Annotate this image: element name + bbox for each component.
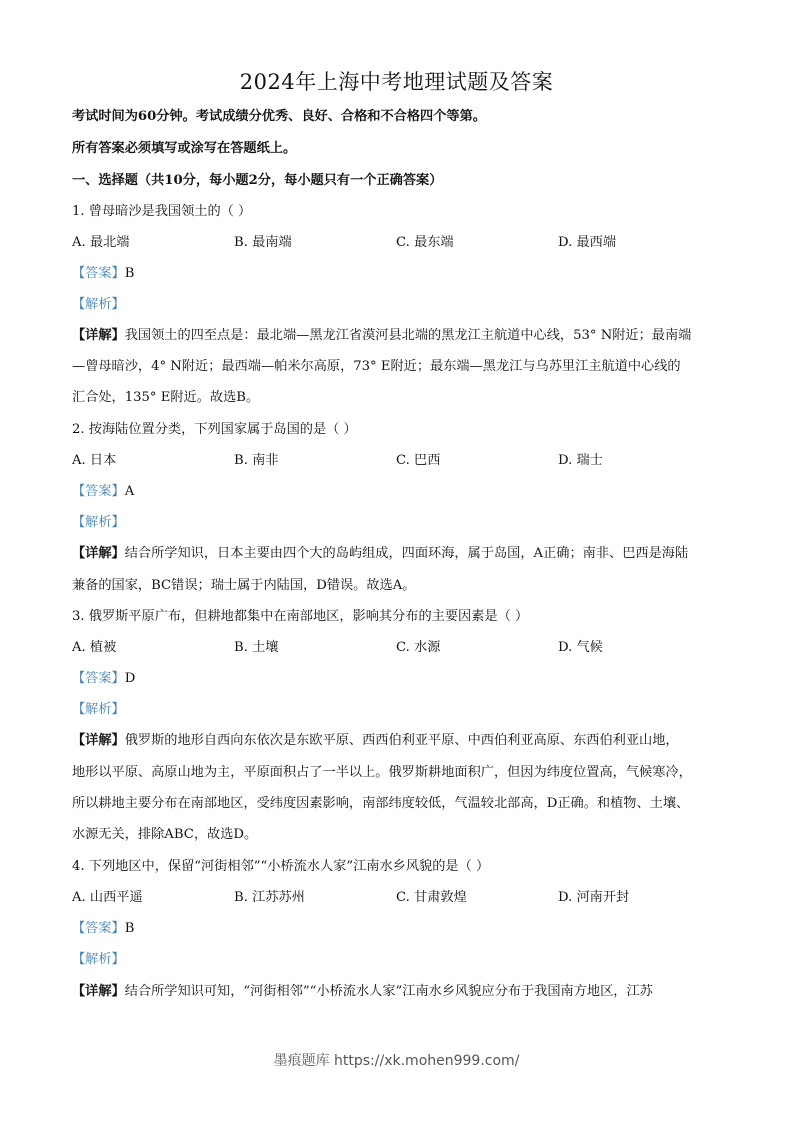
detail-line: 【详解】结合所学知识，日本主要由四个大的岛屿组成，四面环海，属于岛国，A正确；南… [72, 545, 688, 563]
answer-row: 【答案】D [72, 670, 135, 688]
option-d: D. 瑞士 [558, 452, 603, 470]
footer-watermark: 墨痕题库 https://xk.mohen999.com/ [0, 1050, 793, 1070]
question-stem: 2. 按海陆位置分类，下列国家属于岛国的是（ ） [72, 421, 357, 439]
answer-value: B [125, 921, 135, 936]
answer-value: D [125, 671, 136, 686]
answer-row: 【答案】A [72, 483, 134, 501]
answer-row: 【答案】B [72, 920, 134, 938]
option-c: C. 甘肃敦煌 [396, 889, 467, 907]
detail-label: 【详解】 [72, 546, 125, 561]
answer-label: 【答案】 [72, 671, 125, 686]
option-a: A. 山西平遥 [72, 889, 143, 907]
detail-line: 【详解】结合所学知识可知，“河街相邻”“小桥流水人家”江南水乡风貌应分布于我国南… [72, 983, 653, 1001]
detail-line: 水源无关，排除ABC，故选D。 [72, 826, 257, 844]
detail-label: 【详解】 [72, 328, 125, 343]
option-b: B. 土壤 [234, 639, 278, 657]
analysis-label: 【解析】 [72, 702, 125, 717]
detail-label: 【详解】 [72, 984, 125, 999]
detail-line: 兼备的国家，BC错误；瑞士属于内陆国，D错误。故选A。 [72, 577, 415, 595]
option-d: D. 最西端 [558, 234, 616, 252]
answer-label: 【答案】 [72, 266, 125, 281]
exam-time-note: 考试时间为60分钟。考试成绩分优秀、良好、合格和不合格四个等第。 [72, 108, 486, 126]
section-heading: 一、选择题（共10分，每小题2分，每小题只有一个正确答案） [72, 172, 442, 190]
question-stem: 4. 下列地区中，保留“河街相邻”“小桥流水人家”江南水乡风貌的是（ ） [72, 858, 489, 876]
analysis-row: 【解析】 [72, 514, 125, 532]
option-a: A. 最北端 [72, 234, 129, 252]
answer-value: A [125, 484, 135, 499]
analysis-label: 【解析】 [72, 515, 125, 530]
question-stem: 3. 俄罗斯平原广布，但耕地都集中在南部地区，影响其分布的主要因素是（ ） [72, 608, 528, 626]
analysis-row: 【解析】 [72, 296, 125, 314]
detail-line: —曾母暗沙，4° N附近；最西端—帕米尔高原，73° E附近；最东端—黑龙江与乌… [72, 358, 681, 376]
detail-line: 地形以平原、高原山地为主，平原面积占了一半以上。俄罗斯耕地面积广，但因为纬度位置… [72, 764, 692, 782]
answer-label: 【答案】 [72, 484, 125, 499]
option-d: D. 河南开封 [558, 889, 629, 907]
option-b: B. 南非 [234, 452, 278, 470]
option-c: C. 水源 [396, 639, 440, 657]
analysis-label: 【解析】 [72, 952, 125, 967]
option-b: B. 江苏苏州 [234, 889, 305, 907]
analysis-row: 【解析】 [72, 951, 125, 969]
option-c: C. 最东端 [396, 234, 454, 252]
option-a: A. 日本 [72, 452, 116, 470]
analysis-row: 【解析】 [72, 701, 125, 719]
document-page: 2024年上海中考地理试题及答案 考试时间为60分钟。考试成绩分优秀、良好、合格… [0, 0, 793, 1122]
answer-value: B [125, 266, 135, 281]
option-d: D. 气候 [558, 639, 603, 657]
detail-line: 【详解】我国领土的四至点是：最北端—黑龙江省漠河县北端的黑龙江主航道中心线，53… [72, 327, 691, 345]
option-a: A. 植被 [72, 639, 116, 657]
answer-row: 【答案】B [72, 265, 134, 283]
answer-sheet-note: 所有答案必须填写或涂写在答题纸上。 [72, 140, 296, 158]
question-stem: 1. 曾母暗沙是我国领土的（ ） [72, 203, 251, 221]
detail-label: 【详解】 [72, 733, 125, 748]
detail-line: 所以耕地主要分布在南部地区，受纬度因素影响，南部纬度较低，气温较北部高，D正确。… [72, 795, 689, 813]
page-title: 2024年上海中考地理试题及答案 [0, 66, 793, 96]
detail-line: 汇合处，135° E附近。故选B。 [72, 389, 259, 407]
option-b: B. 最南端 [234, 234, 292, 252]
answer-label: 【答案】 [72, 921, 125, 936]
analysis-label: 【解析】 [72, 297, 125, 312]
option-c: C. 巴西 [396, 452, 440, 470]
detail-line: 【详解】俄罗斯的地形自西向东依次是东欧平原、西西伯利亚平原、中西伯利亚高原、东西… [72, 732, 679, 750]
